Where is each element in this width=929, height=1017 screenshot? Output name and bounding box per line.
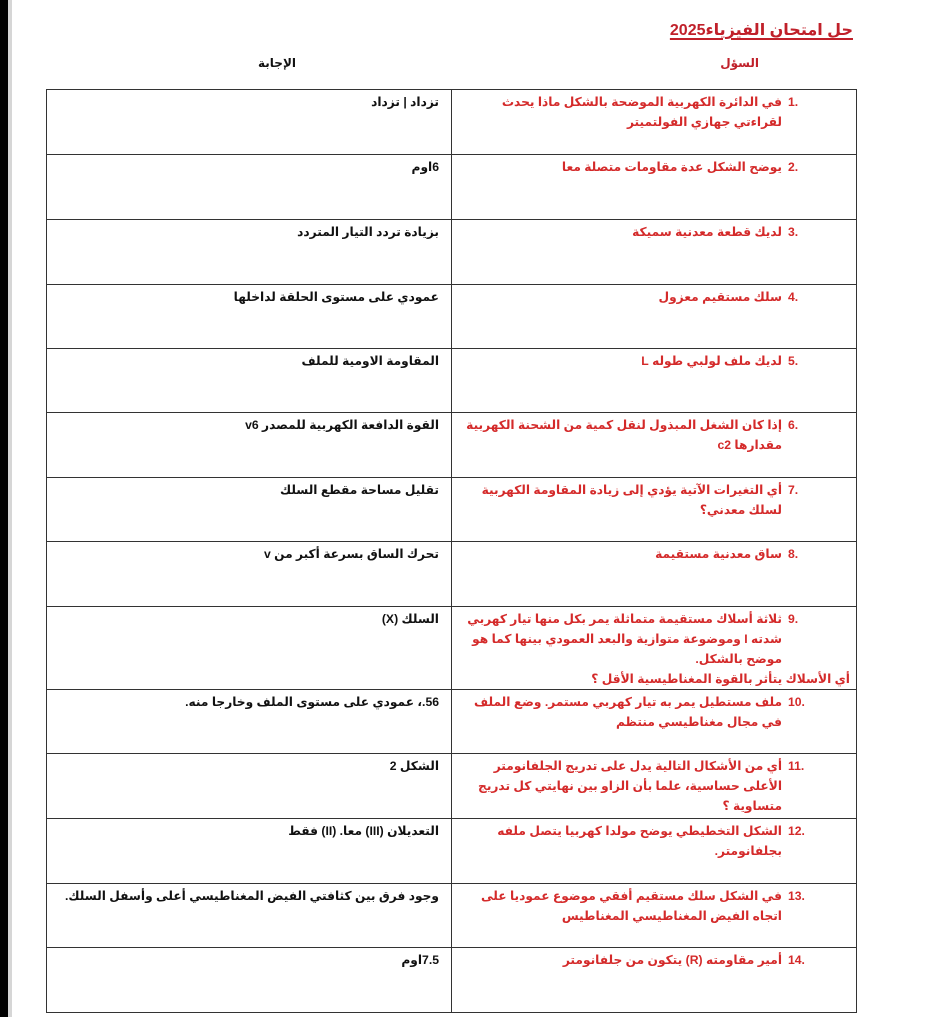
qa-table: 1.في الدائرة الكهربية الموضحة بالشكل ماذ… [46,89,857,1013]
answer-cell: تحرك الساق بسرعة أكبر من v [47,542,452,607]
table-row: 5.لديك ملف لولبي طوله Lالمقاومة الاومية … [47,349,857,413]
answer-cell: التعديلان (III) معا. (II) فقط [47,819,452,884]
question-number: 10. [788,692,816,732]
question-cell: 11.أي من الأشكال التالية يدل على تدريج ا… [452,754,857,819]
table-row: 13.في الشكل سلك مستقيم أفقي موضوع عموديا… [47,884,857,948]
question-text: أمير مقاومته (R) يتكون من جلفانومتر [458,950,782,970]
question-number: 5. [788,351,816,371]
table-row: 10.ملف مستطيل يمر به تيار كهربي مستمر. و… [47,690,857,754]
question-cell: 3.لديك قطعة معدنية سميكة [452,220,857,285]
question-number: 6. [788,415,816,455]
question-number: 1. [788,92,816,132]
left-gray-edge [8,0,12,1017]
question-text: في الشكل سلك مستقيم أفقي موضوع عموديا عل… [458,886,782,926]
question-text: ثلاثة أسلاك مستقيمة متماثلة يمر بكل منها… [458,609,782,669]
question-cell: 10.ملف مستطيل يمر به تيار كهربي مستمر. و… [452,690,857,754]
question-cell: 5.لديك ملف لولبي طوله L [452,349,857,413]
answer-cell: عمودي على مستوى الحلقة لداخلها [47,285,452,349]
question-number: 14. [788,950,816,970]
table-row: 6.إذا كان الشغل المبذول لنقل كمية من الش… [47,413,857,478]
answer-text: 6اوم [47,155,451,177]
question-cell: 4.سلك مستقيم معزول [452,285,857,349]
answer-text: 7.5اوم [47,948,451,970]
answer-cell: بزيادة تردد التيار المتردد [47,220,452,285]
answer-cell: وجود فرق بين كثافتي الفيض المغناطيسي أعل… [47,884,452,948]
question-cell: 8.ساق معدنية مستقيمة [452,542,857,607]
question-text: ساق معدنية مستقيمة [458,544,782,564]
question-text: الشكل التخطيطي يوضح مولدا كهربيا يتصل مل… [458,821,782,861]
question-number: 2. [788,157,816,177]
question-text: سلك مستقيم معزول [458,287,782,307]
table-row: 4.سلك مستقيم معزولعمودي على مستوى الحلقة… [47,285,857,349]
question-cell: 13.في الشكل سلك مستقيم أفقي موضوع عموديا… [452,884,857,948]
column-header-question: السؤل [720,56,759,70]
answer-cell: المقاومة الاومية للملف [47,349,452,413]
answer-text: المقاومة الاومية للملف [47,349,451,371]
answer-cell: 6اوم [47,155,452,220]
answer-cell: 56.، عمودي على مستوى الملف وخارجا منه. [47,690,452,754]
table-row: 2.يوضح الشكل عدة مقاومات متصلة معا6اوم [47,155,857,220]
question-number: 13. [788,886,816,926]
answer-text: تقليل مساحة مقطع السلك [47,478,451,500]
question-number: 12. [788,821,816,861]
question-text: إذا كان الشغل المبذول لنقل كمية من الشحن… [458,415,782,455]
answer-text: التعديلان (III) معا. (II) فقط [47,819,451,841]
answer-text: 56.، عمودي على مستوى الملف وخارجا منه. [47,690,451,712]
question-text: يوضح الشكل عدة مقاومات متصلة معا [458,157,782,177]
question-cell: 7.أي التغيرات الآتية يؤدي إلى زيادة المق… [452,478,857,542]
question-text: لديك ملف لولبي طوله L [458,351,782,371]
answer-cell: السلك (X) [47,607,452,690]
question-text: لديك قطعة معدنية سميكة [458,222,782,242]
question-number: 4. [788,287,816,307]
question-cell: 12.الشكل التخطيطي يوضح مولدا كهربيا يتصل… [452,819,857,884]
question-number: 3. [788,222,816,242]
question-text: ملف مستطيل يمر به تيار كهربي مستمر. وضع … [458,692,782,732]
answer-text: عمودي على مستوى الحلقة لداخلها [47,285,451,307]
table-row: 8.ساق معدنية مستقيمةتحرك الساق بسرعة أكب… [47,542,857,607]
answer-cell: الشكل 2 [47,754,452,819]
question-number: 8. [788,544,816,564]
table-row: 14.أمير مقاومته (R) يتكون من جلفانومتر7.… [47,948,857,1013]
page-title: حل امتحان الفيزياء2025 [670,20,853,40]
column-header-answer: الإجابة [258,56,296,70]
question-cell: 1.في الدائرة الكهربية الموضحة بالشكل ماذ… [452,90,857,155]
answer-text: السلك (X) [47,607,451,629]
table-row: 9.ثلاثة أسلاك مستقيمة متماثلة يمر بكل من… [47,607,857,690]
answer-cell: تزداد | تزداد [47,90,452,155]
table-row: 7.أي التغيرات الآتية يؤدي إلى زيادة المق… [47,478,857,542]
answer-cell: القوة الدافعة الكهربية للمصدر v6 [47,413,452,478]
question-number: 9. [788,609,816,669]
answer-text: تزداد | تزداد [47,90,451,112]
question-number: 7. [788,480,816,520]
answer-text: القوة الدافعة الكهربية للمصدر v6 [47,413,451,435]
question-text: أي التغيرات الآتية يؤدي إلى زيادة المقاو… [458,480,782,520]
question-text: أي من الأشكال التالية يدل على تدريج الجل… [458,756,782,816]
answer-text: بزيادة تردد التيار المتردد [47,220,451,242]
table-row: 1.في الدائرة الكهربية الموضحة بالشكل ماذ… [47,90,857,155]
answer-cell: تقليل مساحة مقطع السلك [47,478,452,542]
question-number: 11. [788,756,816,816]
answer-text: الشكل 2 [47,754,451,776]
question-cell: 14.أمير مقاومته (R) يتكون من جلفانومتر [452,948,857,1013]
answer-text: وجود فرق بين كثافتي الفيض المغناطيسي أعل… [47,884,451,906]
left-black-edge [0,0,8,1017]
table-row: 11.أي من الأشكال التالية يدل على تدريج ا… [47,754,857,819]
question-text: في الدائرة الكهربية الموضحة بالشكل ماذا … [458,92,782,132]
answer-text: تحرك الساق بسرعة أكبر من v [47,542,451,564]
answer-cell: 7.5اوم [47,948,452,1013]
question-cell: 6.إذا كان الشغل المبذول لنقل كمية من الش… [452,413,857,478]
question-cell: 2.يوضح الشكل عدة مقاومات متصلة معا [452,155,857,220]
question-extra-text: أي الأسلاك يتأثر بالقوة المغناطيسية الأق… [452,669,856,689]
table-row: 3.لديك قطعة معدنية سميكةبزيادة تردد التي… [47,220,857,285]
question-cell: 9.ثلاثة أسلاك مستقيمة متماثلة يمر بكل من… [452,607,857,690]
table-row: 12.الشكل التخطيطي يوضح مولدا كهربيا يتصل… [47,819,857,884]
